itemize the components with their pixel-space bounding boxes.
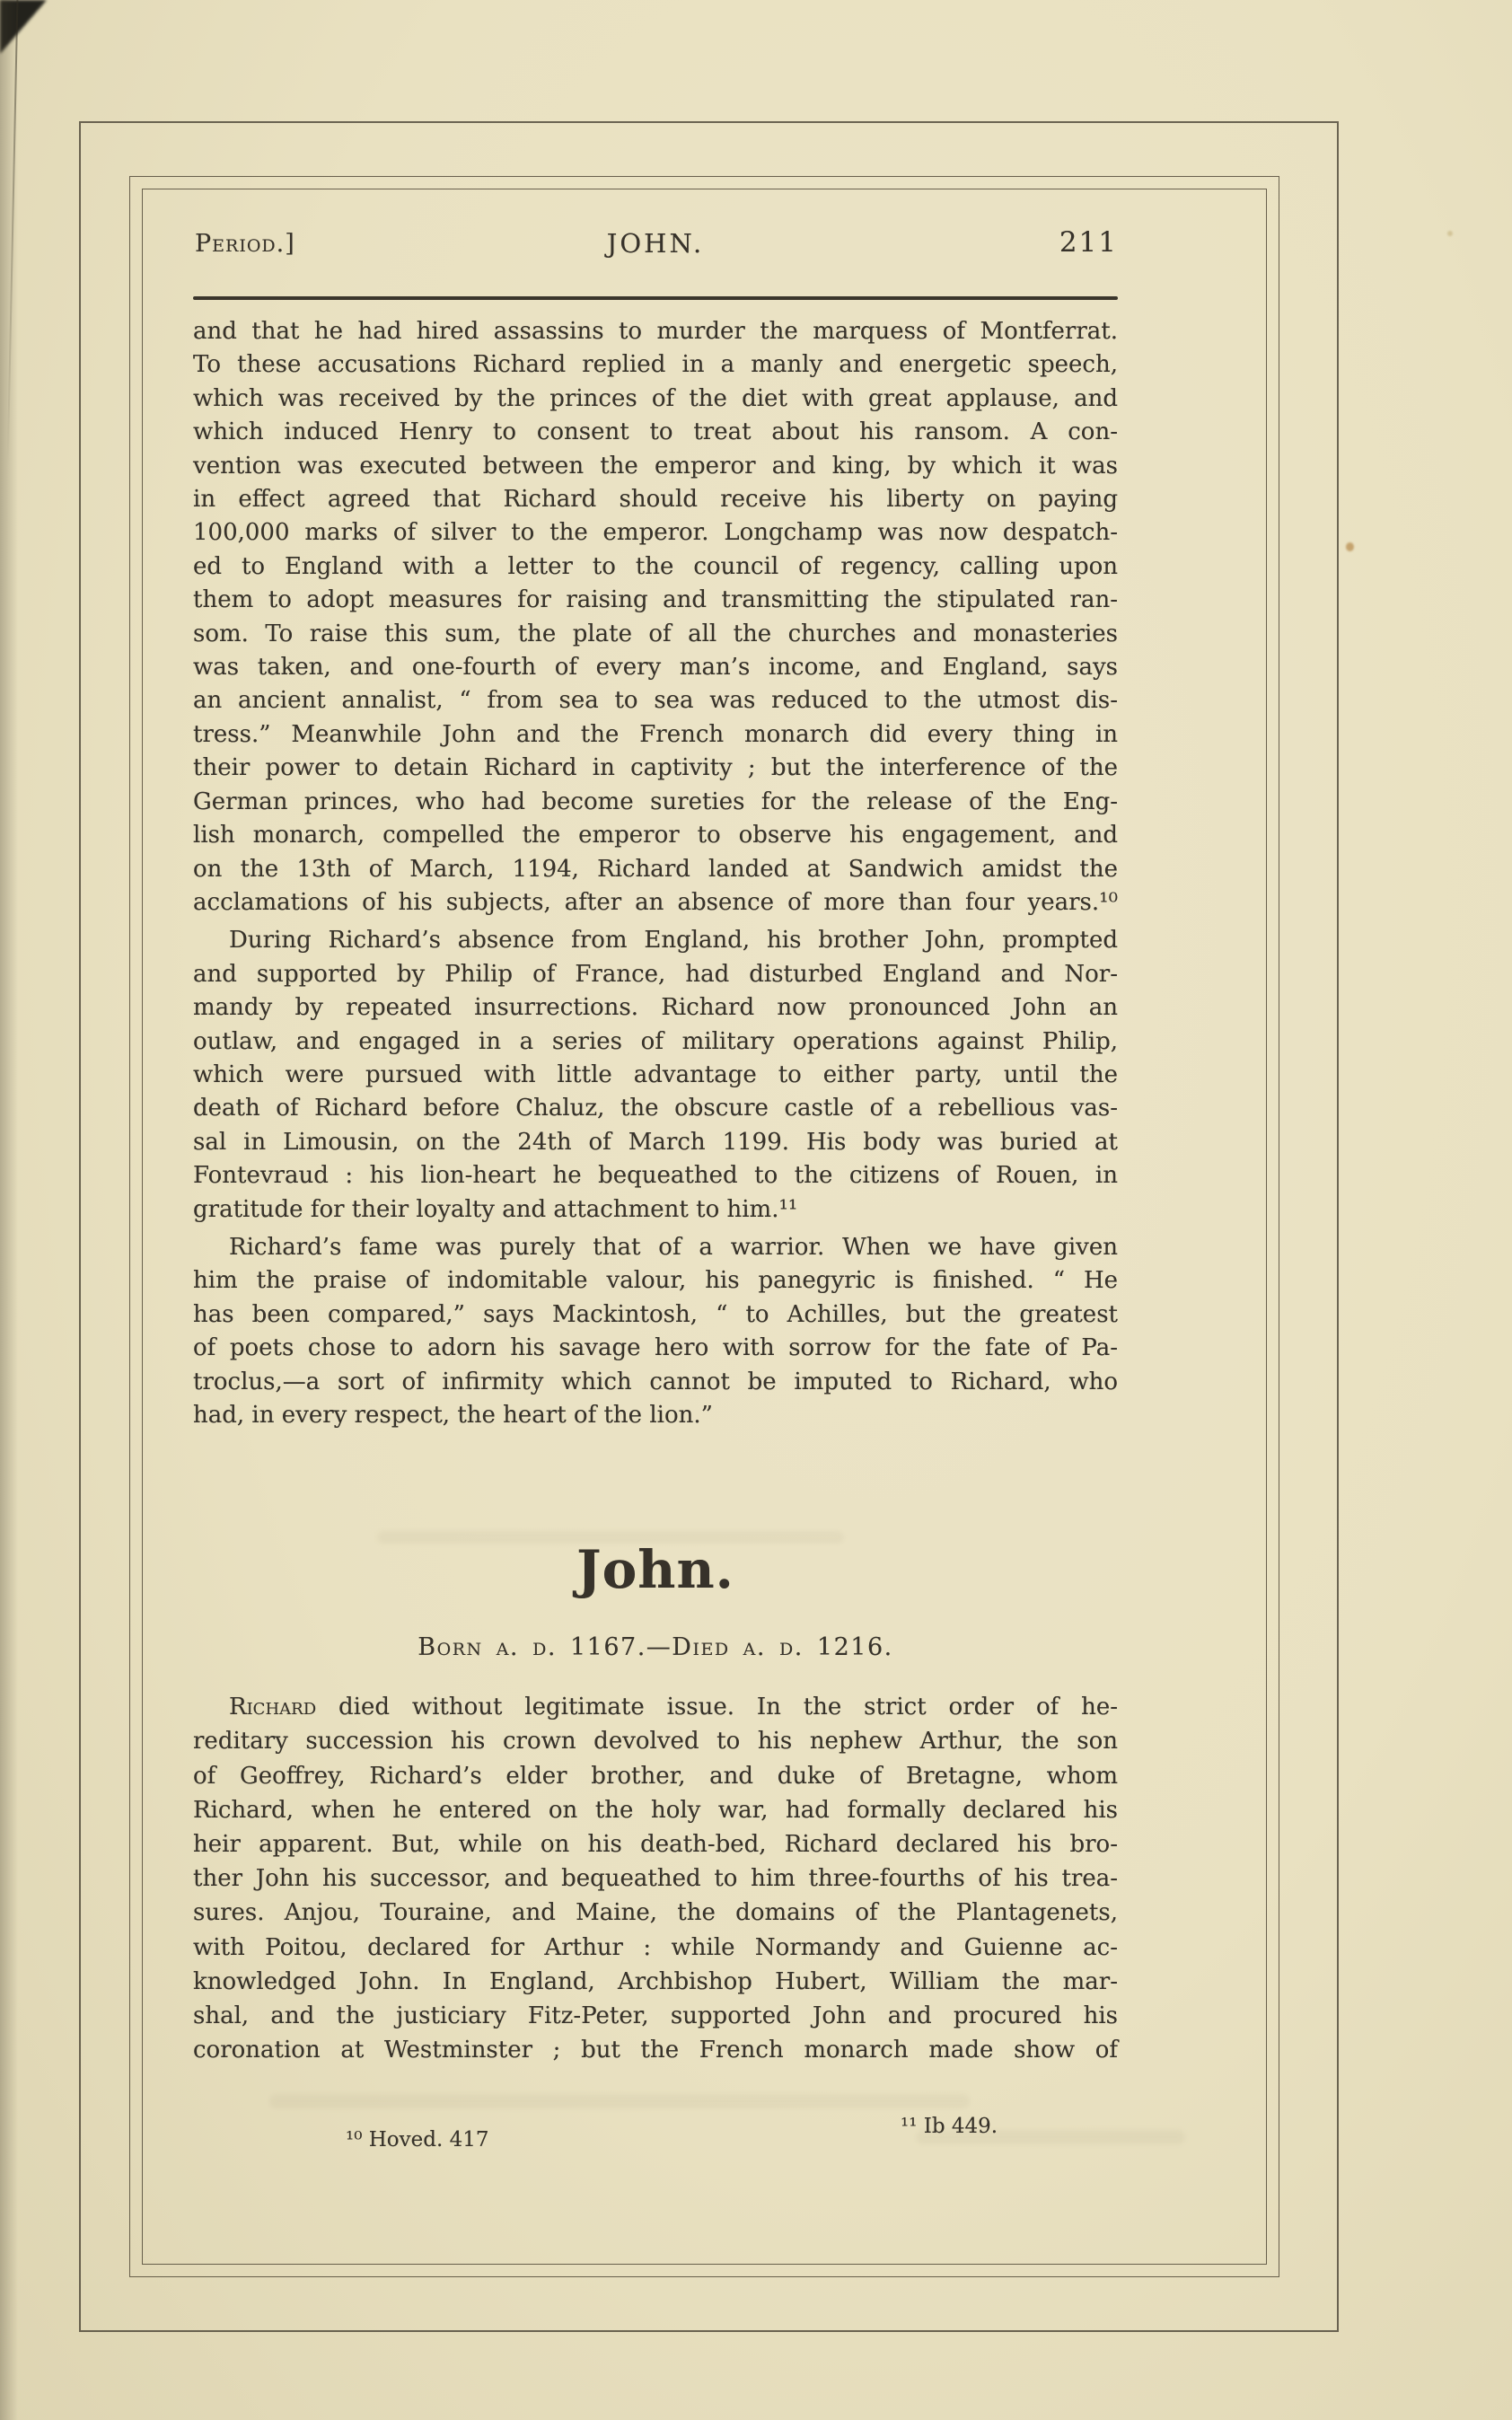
text-line: which was received by the princes of the… <box>193 383 1118 416</box>
text-line: knowledged John. In England, Archbishop … <box>193 1965 1118 1999</box>
text-line: their power to detain Richard in captivi… <box>193 752 1118 785</box>
footnotes: ¹⁰ Hoved. 417 ¹¹ Ib 449. <box>193 2128 1118 2159</box>
text-line: coronation at Westminster ; but the Fren… <box>193 2033 1118 2067</box>
book-page: Period.] JOHN. 211 and that he had hired… <box>0 0 1512 2420</box>
text-line: lish monarch, compelled the emperor to o… <box>193 819 1118 852</box>
running-header-title: JOHN. <box>607 228 704 259</box>
text-line: death of Richard before Chaluz, the obsc… <box>193 1092 1118 1125</box>
text-line: outlaw, and engaged in a series of milit… <box>193 1025 1118 1059</box>
text-line: Fontevraud : his lion-heart he bequeathe… <box>193 1159 1118 1192</box>
text-line: mandy by repeated insurrections. Richard… <box>193 991 1118 1025</box>
paragraph: Richard’s fame was purely that of a warr… <box>193 1231 1118 1432</box>
text-line: ther John his successor, and bequeathed … <box>193 1861 1118 1896</box>
text-line: som. To raise this sum, the plate of all… <box>193 618 1118 651</box>
text-line: troclus,—a sort of infirmity which canno… <box>193 1366 1118 1399</box>
running-header-left: Period.] <box>195 230 295 258</box>
chapter-dates: Born a. d. 1167.—Died a. d. 1216. <box>193 1633 1118 1661</box>
running-header: Period.] JOHN. 211 <box>193 228 1118 264</box>
page-content: Period.] JOHN. 211 and that he had hired… <box>193 0 1118 2159</box>
paragraph: During Richard’s absence from England, h… <box>193 924 1118 1227</box>
text-line: on the 13th of March, 1194, Richard land… <box>193 853 1118 886</box>
text-line: heir apparent. But, while on his death-b… <box>193 1827 1118 1861</box>
text-line: vention was executed between the emperor… <box>193 450 1118 483</box>
text-line: Richard died without legitimate issue. I… <box>193 1690 1118 1724</box>
text-line-rest: died without legitimate issue. In the st… <box>316 1694 1118 1720</box>
text-line: of Geoffrey, Richard’s elder brother, an… <box>193 1759 1118 1793</box>
text-line: tress.” Meanwhile John and the French mo… <box>193 718 1118 752</box>
text-line: with Poitou, declared for Arthur : while… <box>193 1931 1118 1965</box>
text-line: an ancient annalist, “ from sea to sea w… <box>193 684 1118 717</box>
footnote-11: ¹¹ Ib 449. <box>901 2115 998 2138</box>
page-number: 211 <box>1059 226 1118 259</box>
chapter-heading: John. <box>193 1542 1118 1599</box>
text-line: and that he had hired assassins to murde… <box>193 315 1118 348</box>
paragraph: and that he had hired assassins to murde… <box>193 315 1118 920</box>
text-line: During Richard’s absence from England, h… <box>193 924 1118 957</box>
paragraph: Richard died without legitimate issue. I… <box>193 1690 1118 2067</box>
text-line: has been compared,” says Mackintosh, “ t… <box>193 1298 1118 1332</box>
paper-speck <box>1346 542 1354 551</box>
paper-speck <box>1447 231 1453 236</box>
text-line: Richard, when he entered on the holy war… <box>193 1793 1118 1827</box>
text-line: sures. Anjou, Touraine, and Maine, the d… <box>193 1896 1118 1930</box>
text-line: reditary succession his crown devolved t… <box>193 1724 1118 1758</box>
header-rule <box>193 296 1118 300</box>
footnote-10: ¹⁰ Hoved. 417 <box>346 2128 489 2152</box>
lead-word: Richard <box>229 1694 316 1720</box>
text-line: and supported by Philip of France, had d… <box>193 958 1118 991</box>
text-line: 100,000 marks of silver to the emperor. … <box>193 516 1118 550</box>
text-line: in effect agreed that Richard should rec… <box>193 483 1118 516</box>
text-line: Richard’s fame was purely that of a warr… <box>193 1231 1118 1264</box>
text-line: of poets chose to adorn his savage hero … <box>193 1332 1118 1365</box>
text-line: sal in Limousin, on the 24th of March 11… <box>193 1126 1118 1159</box>
text-line: which were pursued with little advantage… <box>193 1059 1118 1092</box>
text-line: German princes, who had become sureties … <box>193 786 1118 819</box>
text-line: acclamations of his subjects, after an a… <box>193 886 1118 920</box>
text-line: had, in every respect, the heart of the … <box>193 1399 1118 1432</box>
text-line: him the praise of indomitable valour, hi… <box>193 1264 1118 1298</box>
text-line: was taken, and one-fourth of every man’s… <box>193 651 1118 684</box>
text-line: ed to England with a letter to the counc… <box>193 550 1118 584</box>
text-line: them to adopt measures for raising and t… <box>193 584 1118 617</box>
text-line: To these accusations Richard replied in … <box>193 348 1118 382</box>
text-line: which induced Henry to consent to treat … <box>193 416 1118 449</box>
text-line: gratitude for their loyalty and attachme… <box>193 1193 1118 1227</box>
text-line: shal, and the justiciary Fitz-Peter, sup… <box>193 1999 1118 2033</box>
